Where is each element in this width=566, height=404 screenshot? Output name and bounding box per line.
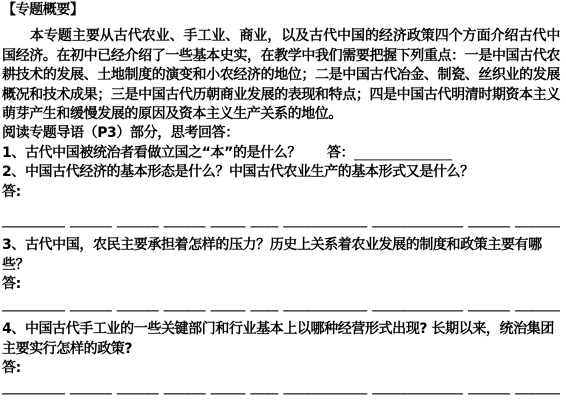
overview-paragraph: 本专题主要从古代农业、手工业、商业，以及古代中国的经济政策四个方面介绍古代中国经… [2,27,560,124]
answer-blank-line-2: _________ ______ ______ ______ _____ ___… [2,295,560,314]
worksheet-page: 【专题概要】 本专题主要从古代农业、手工业、商业，以及古代中国的经济政策四个方面… [0,0,560,398]
question-1-answer-blank: ______________ [354,145,452,161]
question-1-answer-label: 答： [327,145,354,161]
question-3-answer-label: 答: [2,275,560,294]
question-1: 1、古代中国被统治者看做立国之“本”的是什么？答：______________ [2,144,560,163]
question-2-answer-label: 答: [2,183,560,202]
answer-blank-line-1: _________ ______ ______ ______ _____ ___… [2,211,560,230]
question-2: 2、中国古代经济的基本形态是什么？中国古代农业生产的基本形式又是什么？ [2,163,560,182]
question-1-text: 1、古代中国被统治者看做立国之“本”的是什么？ [2,145,301,161]
question-4: 4、中国古代手工业的一些关键部门和行业基本上以哪种经营形式出现? 长期以来，统治… [2,320,560,359]
question-4-answer-label: 答: [2,359,560,378]
reading-prompt: 阅读专题导语（P3）部分，思考回答： [2,124,560,143]
question-3: 3、古代中国，农民主要承担着怎样的压力？历史上关系着农业发展的制度和政策主要有哪… [2,236,560,275]
answer-blank-line-3: _________ ______ ______ ______ _____ ___… [2,378,560,397]
section-title: 【专题概要】 [2,1,560,20]
